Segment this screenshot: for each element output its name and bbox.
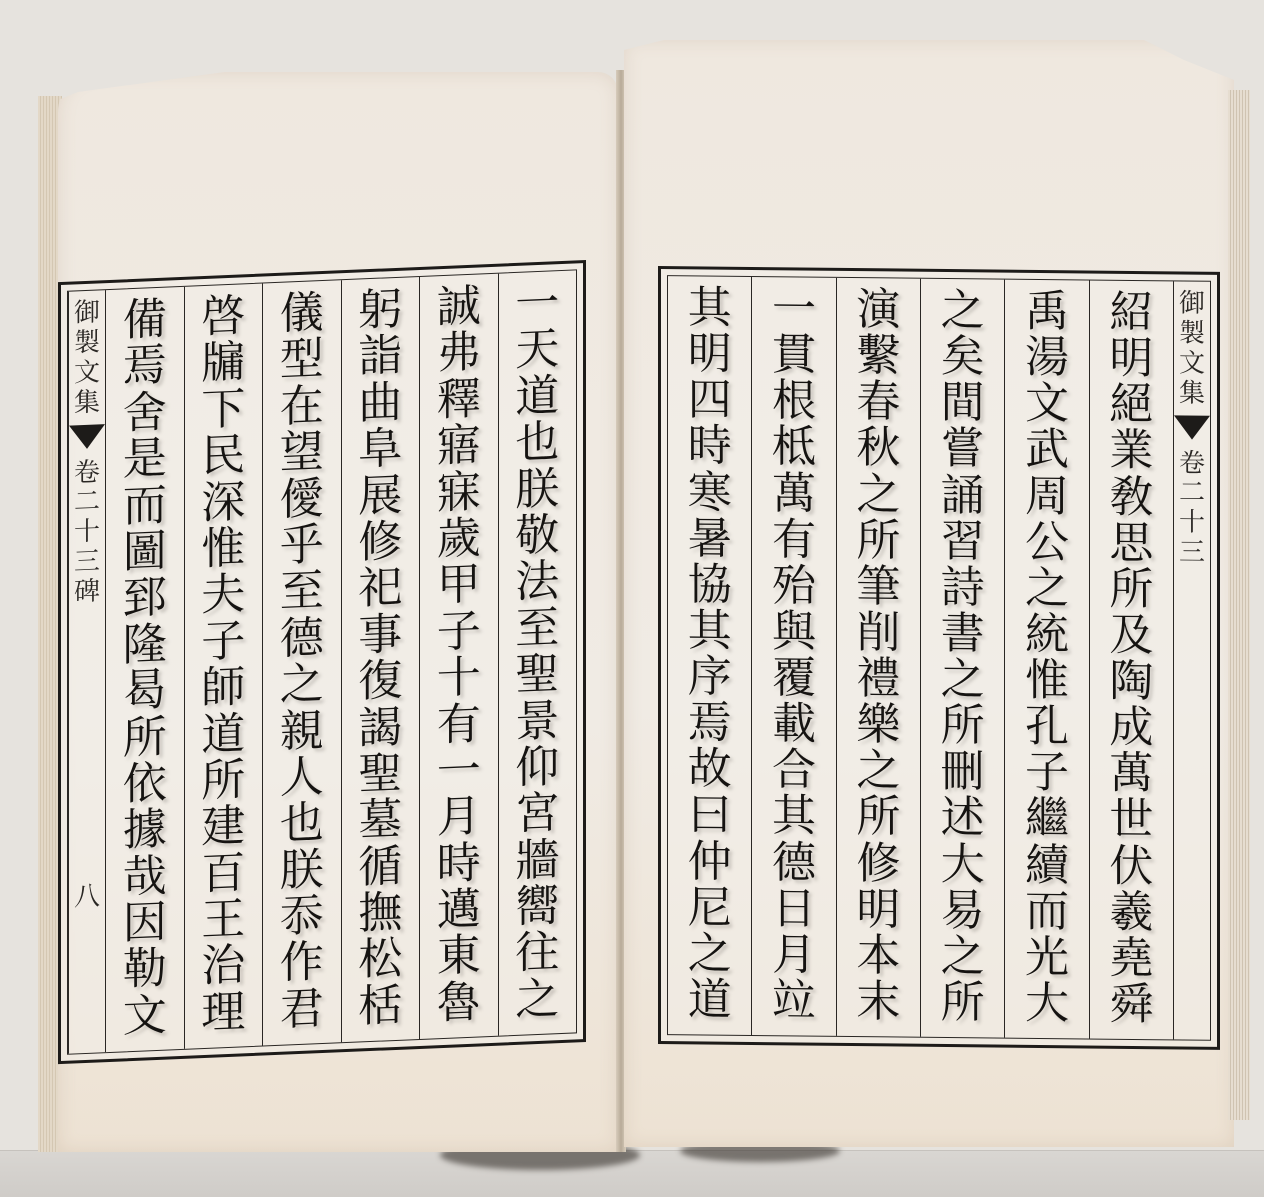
- character: 夫: [201, 573, 245, 619]
- character: 世: [1109, 798, 1153, 842]
- character: 隆: [123, 622, 167, 668]
- character: 撫: [358, 891, 402, 937]
- character: 習: [941, 520, 985, 564]
- character: 時: [688, 425, 732, 469]
- character: 禹: [1025, 290, 1069, 334]
- character: 德: [280, 616, 324, 662]
- banxin-title-char: 集: [1179, 379, 1205, 409]
- character: 一: [772, 287, 816, 331]
- character: 筆: [856, 565, 900, 609]
- character: 其: [772, 795, 816, 839]
- character: 弗: [437, 331, 481, 377]
- character: 書: [941, 612, 985, 656]
- character: 寐: [437, 470, 481, 516]
- character: 明: [688, 332, 732, 376]
- character: 其: [688, 609, 732, 653]
- text-column: 演繫春秋之所筆削禮樂之所修明本末: [836, 278, 920, 1037]
- left-columns: 一天道也朕敬法至聖景仰宮牆嚮往之誠弗釋寤寐歲甲子十有一月時邁東魯躬詣曲阜展修祀事…: [67, 269, 577, 1054]
- character: 君: [280, 987, 324, 1033]
- character: 祀: [358, 566, 402, 612]
- character: 堯: [1109, 936, 1153, 980]
- character: 親: [280, 709, 324, 755]
- character: 文: [1025, 382, 1069, 426]
- character: 統: [1025, 613, 1069, 657]
- character: 在: [280, 384, 324, 430]
- character: 阜: [358, 427, 402, 473]
- character: 展: [358, 473, 402, 519]
- character: 牆: [515, 838, 559, 884]
- banxin-title-char: 御: [1179, 289, 1205, 319]
- text-column: 啓牖下民深惟夫子師道所建百王治理: [184, 284, 263, 1049]
- character: 所: [856, 795, 900, 839]
- character: 大: [941, 842, 985, 886]
- character: 與: [772, 610, 816, 654]
- banxin-title-char: 集: [74, 388, 100, 419]
- character: 所: [941, 704, 985, 748]
- character: 治: [201, 944, 245, 990]
- character: 人: [280, 755, 324, 801]
- character: 舍: [123, 390, 167, 436]
- character: 道: [201, 712, 245, 758]
- character: 明: [856, 888, 900, 932]
- fish-tail-mark: [1174, 415, 1210, 439]
- character: 往: [515, 931, 559, 977]
- character: 繫: [856, 334, 900, 378]
- character: 焉: [688, 701, 732, 745]
- banxin-volume-char: 三: [1179, 539, 1205, 569]
- character: 道: [688, 978, 732, 1022]
- character: 敎: [1109, 475, 1153, 519]
- character: 所: [941, 981, 985, 1025]
- character: 續: [1025, 843, 1069, 887]
- character: 修: [856, 842, 900, 886]
- character: 朕: [515, 467, 559, 513]
- character: 之: [1025, 567, 1069, 611]
- character: 之: [941, 658, 985, 702]
- character: 魯: [437, 980, 481, 1026]
- character: 謁: [358, 705, 402, 751]
- character: 月: [772, 933, 816, 977]
- character: 時: [437, 841, 481, 887]
- character: 間: [941, 381, 985, 425]
- character: 子: [437, 609, 481, 655]
- character: 而: [1025, 889, 1069, 933]
- character: 作: [280, 940, 324, 986]
- text-column: 備焉舍是而圖郅隆曷所依據哉因勒文: [105, 287, 184, 1052]
- text-column: 禹湯文武周公之統惟孔子繼續而光大: [1004, 280, 1088, 1039]
- character: 僾: [280, 477, 324, 523]
- banxin-volume-char: 卷: [1179, 449, 1205, 479]
- character: 一: [515, 281, 559, 327]
- character: 牖: [201, 341, 245, 387]
- text-column: 儀型在望僾乎至德之親人也朕忝作君: [262, 280, 341, 1045]
- character: 修: [358, 520, 402, 566]
- character: 羲: [1109, 890, 1153, 934]
- character: 及: [1109, 614, 1153, 658]
- character: 天: [515, 328, 559, 374]
- character: 有: [437, 702, 481, 748]
- character: 之: [515, 977, 559, 1023]
- character: 栝: [358, 984, 402, 1030]
- character: 武: [1025, 428, 1069, 472]
- character: 序: [688, 655, 732, 699]
- character: 郅: [123, 576, 167, 622]
- banxin-volume-char: 十: [1179, 509, 1205, 539]
- text-column: 一天道也朕敬法至聖景仰宮牆嚮往之: [498, 270, 577, 1035]
- character: 下: [201, 387, 245, 433]
- character: 景: [515, 699, 559, 745]
- character: 寒: [688, 471, 732, 515]
- character: 深: [201, 480, 245, 526]
- character: 合: [772, 748, 816, 792]
- character: 之: [280, 662, 324, 708]
- character: 朕: [280, 848, 324, 894]
- character: 所: [856, 519, 900, 563]
- character: 一: [437, 748, 481, 794]
- character: 萬: [1109, 752, 1153, 796]
- text-column: 其明四時寒暑協其序焉故曰仲尼之道: [668, 276, 751, 1035]
- character: 事: [358, 612, 402, 658]
- banxin-title-char: 製: [1179, 319, 1205, 349]
- character: 也: [280, 801, 324, 847]
- fish-tail-mark: [69, 424, 105, 450]
- text-column: 誠弗釋寤寐歲甲子十有一月時邁東魯: [419, 274, 498, 1039]
- character: 萬: [772, 472, 816, 516]
- character: 演: [856, 288, 900, 332]
- character: 之: [856, 749, 900, 793]
- character: 仰: [515, 745, 559, 791]
- character: 孔: [1025, 705, 1069, 749]
- character: 民: [201, 433, 245, 479]
- character: 紹: [1109, 291, 1153, 335]
- banxin-title-char: 御: [74, 298, 100, 329]
- character: 曷: [123, 669, 167, 715]
- character: 誠: [437, 284, 481, 330]
- right-columns: 御製文集卷二十三紹明絕業敎思所及陶成萬世伏羲堯舜禹湯文武周公之統惟孔子繼續而光大…: [667, 275, 1211, 1041]
- character: 所: [123, 715, 167, 761]
- character: 樂: [856, 703, 900, 747]
- banxin-margin: 御製文集卷二十三: [1173, 281, 1210, 1039]
- character: 聖: [358, 752, 402, 798]
- character: 其: [688, 286, 732, 330]
- character: 絕: [1109, 383, 1153, 427]
- left-text-frame: 一天道也朕敬法至聖景仰宮牆嚮往之誠弗釋寤寐歲甲子十有一月時邁東魯躬詣曲阜展修祀事…: [58, 260, 586, 1064]
- character: 禮: [856, 657, 900, 701]
- character: 思: [1109, 521, 1153, 565]
- character: 成: [1109, 706, 1153, 750]
- character: 所: [1109, 567, 1153, 611]
- character: 儀: [280, 291, 324, 337]
- character: 伏: [1109, 844, 1153, 888]
- character: 詩: [941, 566, 985, 610]
- character: 嚮: [515, 884, 559, 930]
- text-column: 一貫根柢萬有殆與覆載合其德日月竝: [751, 277, 835, 1036]
- text-column: 之矣間嘗誦習詩書之所刪述大易之所: [920, 279, 1004, 1038]
- banxin-volume-char: 十: [74, 518, 100, 549]
- character: 型: [280, 337, 324, 383]
- character: 歲: [437, 516, 481, 562]
- character: 明: [1109, 337, 1153, 381]
- character: 法: [515, 559, 559, 605]
- character: 理: [201, 990, 245, 1036]
- text-column: 紹明絕業敎思所及陶成萬世伏羲堯舜: [1089, 281, 1173, 1040]
- character: 易: [941, 889, 985, 933]
- character: 道: [515, 374, 559, 420]
- character: 月: [437, 795, 481, 841]
- character: 甲: [437, 563, 481, 609]
- character: 子: [201, 619, 245, 665]
- character: 周: [1025, 474, 1069, 518]
- character: 宮: [515, 791, 559, 837]
- leaf-number: 八: [74, 875, 100, 913]
- banxin-volume-char: 三: [74, 548, 100, 579]
- character: 舜: [1109, 983, 1153, 1027]
- character: 大: [1025, 982, 1069, 1026]
- character: 敬: [515, 513, 559, 559]
- character: 公: [1025, 520, 1069, 564]
- character: 仲: [688, 840, 732, 884]
- character: 末: [856, 980, 900, 1024]
- character: 寤: [437, 424, 481, 470]
- character: 因: [123, 901, 167, 947]
- character: 四: [688, 379, 732, 423]
- banxin-section: 碑: [74, 577, 100, 608]
- character: 貫: [772, 333, 816, 377]
- character: 松: [358, 937, 402, 983]
- character: 循: [358, 844, 402, 890]
- character: 聖: [515, 652, 559, 698]
- character: 也: [515, 420, 559, 466]
- right-text-frame: 御製文集卷二十三紹明絕業敎思所及陶成萬世伏羲堯舜禹湯文武周公之統惟孔子繼續而光大…: [658, 266, 1220, 1050]
- banxin-title-char: 製: [74, 328, 100, 359]
- character: 湯: [1025, 336, 1069, 380]
- character: 詣: [358, 334, 402, 380]
- character: 根: [772, 379, 816, 423]
- character: 之: [688, 932, 732, 976]
- character: 圖: [123, 530, 167, 576]
- text-column: 躬詣曲阜展修祀事復謁聖墓循撫松栝: [341, 277, 420, 1042]
- character: 勒: [123, 947, 167, 993]
- banxin-volume-char: 二: [74, 488, 100, 519]
- character: 文: [123, 993, 167, 1039]
- character: 暑: [688, 517, 732, 561]
- character: 本: [856, 934, 900, 978]
- character: 子: [1025, 751, 1069, 795]
- character: 曰: [688, 794, 732, 838]
- character: 而: [123, 483, 167, 529]
- character: 百: [201, 851, 245, 897]
- character: 備: [123, 298, 167, 344]
- character: 秋: [856, 426, 900, 470]
- character: 釋: [437, 377, 481, 423]
- character: 光: [1025, 936, 1069, 980]
- character: 故: [688, 748, 732, 792]
- character: 哉: [123, 854, 167, 900]
- character: 削: [856, 611, 900, 655]
- character: 殆: [772, 564, 816, 608]
- character: 曲: [358, 380, 402, 426]
- character: 陶: [1109, 660, 1153, 704]
- character: 邁: [437, 887, 481, 933]
- character: 墓: [358, 798, 402, 844]
- banxin-margin: 御製文集卷二十三碑八: [68, 290, 105, 1054]
- character: 春: [856, 380, 900, 424]
- character: 躬: [358, 288, 402, 334]
- character: 之: [941, 289, 985, 333]
- character: 復: [358, 659, 402, 705]
- character: 德: [772, 841, 816, 885]
- character: 述: [941, 796, 985, 840]
- character: 誦: [941, 473, 985, 517]
- character: 惟: [201, 526, 245, 572]
- banxin-title-char: 文: [1179, 349, 1205, 379]
- character: 柢: [772, 426, 816, 470]
- character: 載: [772, 702, 816, 746]
- character: 矣: [941, 335, 985, 379]
- banxin-volume-char: 卷: [74, 458, 100, 489]
- character: 竝: [772, 979, 816, 1023]
- character: 據: [123, 808, 167, 854]
- character: 業: [1109, 429, 1153, 473]
- character: 東: [437, 934, 481, 980]
- character: 有: [772, 518, 816, 562]
- character: 覆: [772, 656, 816, 700]
- character: 忝: [280, 894, 324, 940]
- character: 十: [437, 656, 481, 702]
- character: 望: [280, 430, 324, 476]
- character: 日: [772, 887, 816, 931]
- character: 繼: [1025, 797, 1069, 841]
- page-stack-edge-right: [1228, 90, 1250, 1120]
- character: 王: [201, 897, 245, 943]
- character: 至: [515, 606, 559, 652]
- character: 啓: [201, 294, 245, 340]
- character: 刪: [941, 750, 985, 794]
- character: 嘗: [941, 427, 985, 471]
- character: 惟: [1025, 659, 1069, 703]
- character: 所: [201, 758, 245, 804]
- character: 至: [280, 569, 324, 615]
- banxin-volume-char: 二: [1179, 479, 1205, 509]
- character: 協: [688, 563, 732, 607]
- character: 建: [201, 805, 245, 851]
- character: 是: [123, 437, 167, 483]
- banxin-title-char: 文: [74, 358, 100, 389]
- character: 焉: [123, 344, 167, 390]
- character: 師: [201, 665, 245, 711]
- character: 之: [856, 473, 900, 517]
- character: 之: [941, 935, 985, 979]
- character: 依: [123, 761, 167, 807]
- character: 尼: [688, 886, 732, 930]
- character: 乎: [280, 523, 324, 569]
